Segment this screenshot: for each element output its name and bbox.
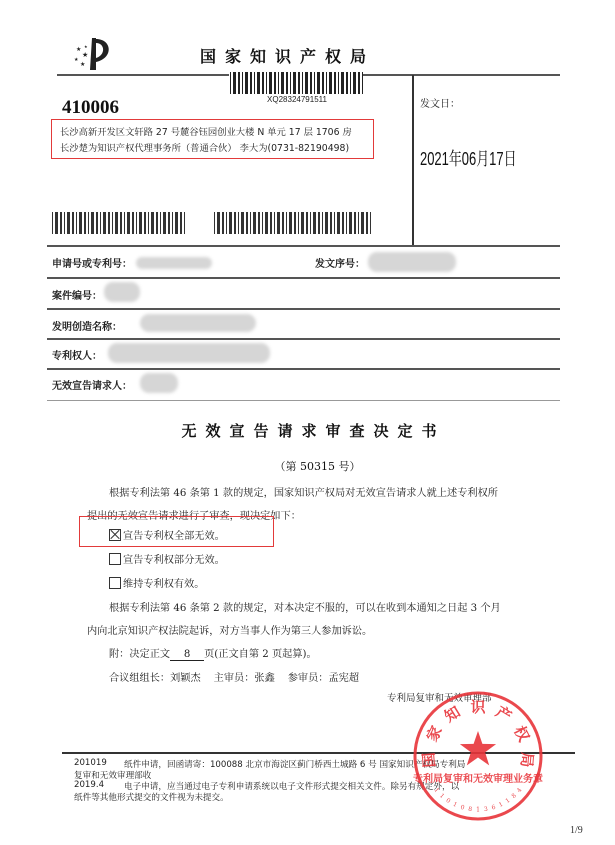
- svg-text:★: ★: [80, 61, 85, 68]
- header-divider-left: [57, 74, 229, 76]
- document-serial-label: 发文序号：: [315, 255, 365, 270]
- document-serial-redacted: [368, 252, 456, 272]
- footer-divider: [62, 752, 575, 754]
- svg-text:0: 0: [445, 797, 452, 805]
- application-number-label: 申请号或专利号：: [52, 255, 132, 270]
- invention-name-redacted: [140, 314, 256, 332]
- footer-code-paper: 201019: [74, 758, 107, 768]
- svg-text:1: 1: [476, 807, 480, 814]
- checkbox-empty-icon: [109, 553, 121, 565]
- field-divider: [47, 338, 560, 340]
- svg-text:0: 0: [460, 804, 466, 812]
- field-divider: [47, 245, 560, 247]
- option-label: 宣告专利权全部无效。: [123, 527, 225, 542]
- svg-text:6: 6: [491, 804, 497, 812]
- svg-text:产: 产: [492, 703, 514, 726]
- routing-barcode-left: [52, 212, 187, 234]
- official-seal-icon: 国家知识产权局专利局复审和无效审理业务章1101081361184: [412, 690, 544, 822]
- requester-redacted: [140, 373, 178, 393]
- cnipa-logo-icon: ★ ★ ★ ★ ★: [66, 36, 122, 72]
- svg-text:4: 4: [516, 787, 524, 795]
- appeal-paragraph-line1: 根据专利法第 46 条第 2 款的规定，对本决定不服的，可以在收到本通知之日起 …: [109, 599, 501, 614]
- agency-name: 国家知识产权局: [200, 44, 375, 67]
- svg-text:★: ★: [74, 57, 79, 63]
- issue-date: 2021年06月17日: [420, 145, 517, 171]
- recipient-agency: 长沙楚为知识产权代理事务所（普通合伙） 李大为(0731-82190498): [60, 140, 349, 154]
- checkbox-empty-icon: [109, 577, 121, 589]
- page-number: 1/9: [570, 825, 583, 836]
- footer-electronic-note: 纸件等其他形式提交的文件视为未提交。: [74, 791, 229, 803]
- svg-text:1: 1: [452, 801, 458, 809]
- attachment-note: 附：决定正文8页(正文自第 2 页起算)。: [109, 645, 317, 661]
- footer-code-electronic: 2019.4: [74, 780, 104, 790]
- patentee-label: 专利权人：: [52, 347, 102, 362]
- svg-text:局: 局: [517, 752, 536, 768]
- attachment-prefix: 附：决定正文: [109, 649, 170, 660]
- svg-text:1: 1: [504, 797, 511, 805]
- application-number-redacted: [136, 257, 212, 269]
- attachment-suffix: 页(正文自第 2 页起算)。: [204, 649, 317, 660]
- decision-title: 无效宣告请求审查决定书: [0, 420, 615, 441]
- field-divider: [47, 400, 560, 401]
- option-maintain-valid: 维持专利权有效。: [109, 575, 205, 590]
- option-invalidate-all: 宣告专利权全部无效。: [109, 527, 225, 542]
- option-invalidate-partial: 宣告专利权部分无效。: [109, 551, 225, 566]
- footer-paper-instructions: 纸件申请，回函请寄：100088 北京市海淀区蓟门桥西土城路 6 号 国家知识产…: [124, 758, 465, 770]
- svg-text:知: 知: [441, 703, 463, 726]
- svg-text:8: 8: [510, 792, 518, 800]
- svg-text:★: ★: [82, 51, 88, 59]
- svg-text:家: 家: [423, 723, 446, 745]
- field-divider: [47, 277, 560, 279]
- routing-barcode-right: [214, 212, 374, 234]
- svg-text:权: 权: [510, 723, 533, 745]
- option-label: 宣告专利权部分无效。: [123, 551, 225, 566]
- attachment-page-count: 8: [170, 649, 204, 661]
- field-divider: [47, 368, 560, 370]
- header-vertical-divider: [412, 75, 414, 245]
- svg-text:3: 3: [483, 806, 488, 814]
- checkbox-checked-icon: [109, 529, 121, 541]
- svg-text:1: 1: [498, 801, 504, 809]
- intro-paragraph-line1: 根据专利法第 46 条第 1 款的规定，国家知识产权局对无效宣告请求人就上述专利…: [109, 484, 498, 499]
- invention-name-label: 发明创造名称：: [52, 318, 122, 333]
- appeal-paragraph-line2: 内向北京知识产权法院起诉，对方当事人作为第三人参加诉讼。: [87, 622, 372, 637]
- postcode: 410006: [62, 97, 119, 119]
- requester-label: 无效宣告请求人：: [52, 377, 132, 392]
- recipient-address: 长沙高新开发区文轩路 27 号麓谷钰园创业大楼 N 单元 17 层 1706 房: [60, 124, 352, 138]
- issue-date-label: 发文日：: [420, 95, 460, 110]
- header-divider-right: [362, 74, 560, 76]
- panel-members: 合议组组长：刘颖杰 主审员：张鑫 参审员：孟宪超: [109, 669, 359, 684]
- field-divider: [47, 308, 560, 310]
- barcode-caption: XQ28324791511: [230, 95, 364, 104]
- svg-text:★: ★: [84, 44, 88, 49]
- svg-text:8: 8: [468, 806, 473, 814]
- decision-number: （第 50315 号）: [0, 458, 615, 474]
- tracking-barcode: [230, 72, 364, 94]
- svg-text:1: 1: [438, 792, 446, 800]
- issuing-department: 专利局复审和无效审理部: [387, 690, 492, 704]
- patentee-redacted: [108, 343, 270, 363]
- option-label: 维持专利权有效。: [123, 575, 205, 590]
- case-number-redacted: [104, 282, 140, 302]
- case-number-label: 案件编号：: [52, 287, 102, 302]
- svg-text:★: ★: [76, 46, 81, 53]
